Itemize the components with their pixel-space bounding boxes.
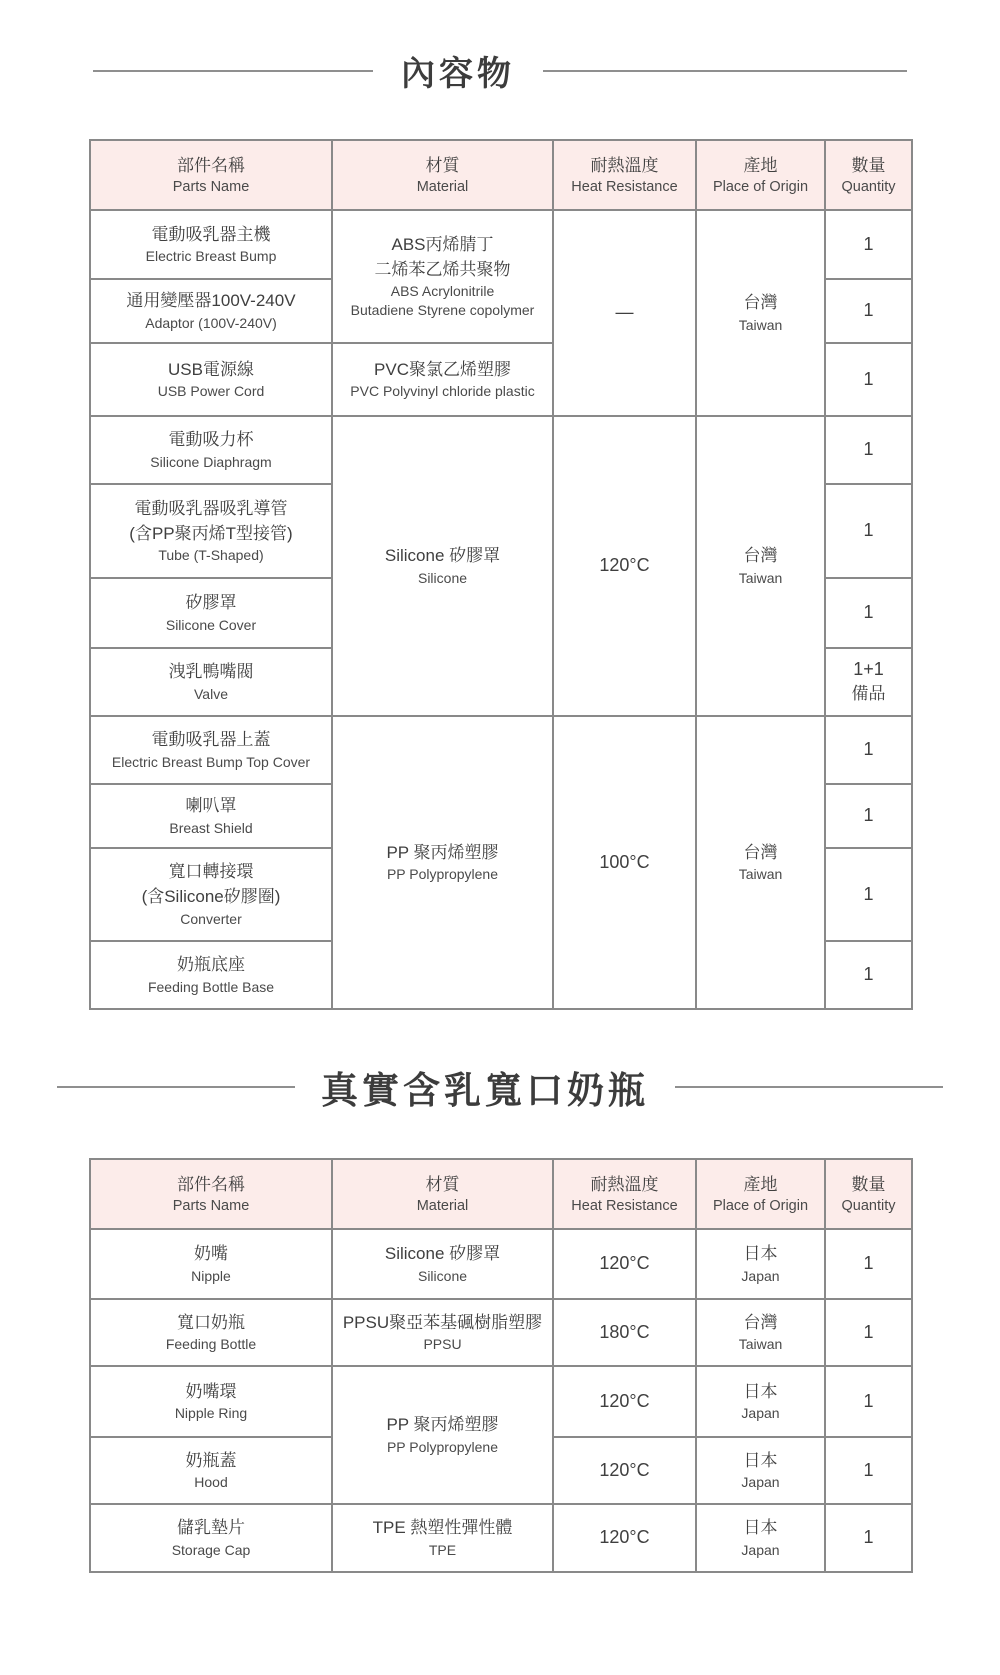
qty-value: 1 (829, 1389, 908, 1414)
cell-quantity: 1 (825, 1229, 912, 1299)
spec-sheet-page: 內容物 部件名稱 Parts Name 材質 Material 耐熱溫度 Hea… (0, 0, 1000, 1675)
col-header-heat-zh: 耐熱溫度 (557, 153, 692, 179)
section2-title: 真實含乳寬口奶瓶 (321, 1060, 649, 1114)
part-zh: 寬口奶瓶 (94, 1311, 328, 1336)
cell-heat: 180°C (553, 1299, 696, 1366)
part-zh: 電動吸乳器吸乳導管 (94, 497, 328, 522)
qty-value: 1+1 (829, 657, 908, 682)
col-header-origin: 產地 Place of Origin (696, 1159, 825, 1229)
cell-origin: 日本 Japan (696, 1504, 825, 1572)
cell-part-name: 奶嘴 Nipple (90, 1229, 332, 1299)
origin-en: Taiwan (700, 569, 821, 588)
origin-en: Japan (700, 1404, 821, 1423)
qty-value: 1 (829, 803, 908, 828)
cell-material-ppsu: PPSU聚亞苯基碸樹脂塑膠 PPSU (332, 1299, 553, 1366)
material-line: Silicone 矽膠罩 (336, 1242, 549, 1267)
col-header-qty-en: Quantity (829, 1197, 908, 1216)
material-line: PVC Polyvinyl chloride plastic (336, 382, 549, 401)
material-line: PP 聚丙烯塑膠 (336, 841, 549, 866)
cell-quantity: 1 (825, 1366, 912, 1437)
col-header-heat-en: Heat Resistance (557, 178, 692, 197)
bottle-table: 部件名稱 Parts Name 材質 Material 耐熱溫度 Heat Re… (89, 1158, 913, 1573)
cell-part-name: 通用變壓器100V-240V Adaptor (100V-240V) (90, 279, 332, 343)
qty-value: 1 (829, 1525, 908, 1550)
origin-zh: 台灣 (700, 841, 821, 866)
cell-part-name: 寬口轉接環 (含Silicone矽膠圈) Converter (90, 848, 332, 941)
material-line: 二烯苯乙烯共聚物 (336, 258, 549, 283)
cell-part-name: 電動吸乳器上蓋 Electric Breast Bump Top Cover (90, 716, 332, 784)
cell-part-name: 喇叭罩 Breast Shield (90, 784, 332, 848)
cell-part-name: 電動吸乳器吸乳導管 (含PP聚丙烯T型接管) Tube (T-Shaped) (90, 484, 332, 578)
part-zh: 奶嘴 (94, 1242, 328, 1267)
part-zh: 洩乳鴨嘴閥 (94, 660, 328, 685)
col-header-origin-zh: 產地 (700, 1172, 821, 1198)
col-header-heat: 耐熱溫度 Heat Resistance (553, 1159, 696, 1229)
cell-quantity: 1 (825, 279, 912, 343)
cell-heat: 120°C (553, 1437, 696, 1504)
material-line: Silicone (336, 1267, 549, 1286)
col-header-parts-en: Parts Name (94, 1197, 328, 1216)
title-rule-right (675, 1086, 943, 1088)
col-header-material-zh: 材質 (336, 1172, 549, 1198)
cell-material-tpe: TPE 熱塑性彈性體 TPE (332, 1504, 553, 1572)
cell-part-name: 電動吸乳器主機 Electric Breast Bump (90, 210, 332, 279)
part-en: Silicone Diaphragm (94, 453, 328, 472)
part-zh2: (含Silicone矽膠圈) (94, 885, 328, 910)
cell-heat: 120°C (553, 1366, 696, 1437)
cell-quantity: 1 (825, 210, 912, 279)
part-en: Converter (94, 910, 328, 929)
cell-heat: 120°C (553, 416, 696, 716)
part-en: Feeding Bottle Base (94, 978, 328, 997)
col-header-origin-zh: 產地 (700, 153, 821, 179)
cell-part-name: 儲乳墊片 Storage Cap (90, 1504, 332, 1572)
col-header-material: 材質 Material (332, 1159, 553, 1229)
material-line: PP 聚丙烯塑膠 (336, 1413, 549, 1438)
cell-quantity: 1 (825, 1437, 912, 1504)
part-en: Nipple (94, 1267, 328, 1286)
col-header-heat: 耐熱溫度 Heat Resistance (553, 140, 696, 210)
origin-zh: 台灣 (700, 1311, 821, 1336)
cell-origin: 日本 Japan (696, 1229, 825, 1299)
part-en: Valve (94, 685, 328, 704)
origin-en: Taiwan (700, 865, 821, 884)
cell-part-name: 洩乳鴨嘴閥 Valve (90, 648, 332, 716)
part-en: Storage Cap (94, 1541, 328, 1560)
qty-value: 1 (829, 298, 908, 323)
section2-header: 真實含乳寬口奶瓶 (0, 1060, 1000, 1114)
origin-zh: 台灣 (700, 291, 821, 316)
col-header-qty: 數量 Quantity (825, 140, 912, 210)
part-en: Adaptor (100V-240V) (94, 314, 328, 333)
part-zh: 寬口轉接環 (94, 860, 328, 885)
part-zh: 矽膠罩 (94, 591, 328, 616)
heat-value: 100°C (557, 850, 692, 875)
qty-value: 1 (829, 882, 908, 907)
origin-en: Taiwan (700, 1335, 821, 1354)
col-header-origin-en: Place of Origin (700, 1197, 821, 1216)
cell-quantity: 1 (825, 1504, 912, 1572)
part-en: Hood (94, 1473, 328, 1492)
origin-zh: 日本 (700, 1380, 821, 1405)
col-header-parts-en: Parts Name (94, 178, 328, 197)
col-header-heat-zh: 耐熱溫度 (557, 1172, 692, 1198)
table-row: 寬口奶瓶 Feeding Bottle PPSU聚亞苯基碸樹脂塑膠 PPSU 1… (90, 1299, 912, 1366)
material-line: PVC聚氯乙烯塑膠 (336, 358, 549, 383)
cell-origin: 日本 Japan (696, 1366, 825, 1437)
cell-quantity: 1 (825, 343, 912, 416)
origin-en: Taiwan (700, 316, 821, 335)
table-row: 電動吸乳器主機 Electric Breast Bump ABS丙烯腈丁 二烯苯… (90, 210, 912, 279)
cell-origin: 日本 Japan (696, 1437, 825, 1504)
col-header-material-en: Material (336, 178, 549, 197)
col-header-qty-zh: 數量 (829, 153, 908, 179)
part-zh: 通用變壓器100V-240V (94, 289, 328, 314)
qty-value: 1 (829, 1251, 908, 1276)
table-row: 奶嘴 Nipple Silicone 矽膠罩 Silicone 120°C 日本… (90, 1229, 912, 1299)
part-zh: 奶瓶底座 (94, 953, 328, 978)
heat-value: 120°C (557, 1458, 692, 1483)
col-header-material: 材質 Material (332, 140, 553, 210)
material-line: Silicone 矽膠罩 (336, 544, 549, 569)
cell-heat: 120°C (553, 1504, 696, 1572)
section1-title: 內容物 (401, 46, 515, 95)
table-row: 電動吸力杯 Silicone Diaphragm Silicone 矽膠罩 Si… (90, 416, 912, 484)
origin-en: Japan (700, 1541, 821, 1560)
part-zh: 奶瓶蓋 (94, 1449, 328, 1474)
cell-heat: — (553, 210, 696, 416)
cell-origin: 台灣 Taiwan (696, 416, 825, 716)
qty-value: 1 (829, 737, 908, 762)
qty-value: 1 (829, 367, 908, 392)
col-header-material-en: Material (336, 1197, 549, 1216)
cell-quantity: 1 (825, 716, 912, 784)
cell-material-pp: PP 聚丙烯塑膠 PP Polypropylene (332, 1366, 553, 1504)
part-en: USB Power Cord (94, 382, 328, 401)
heat-value: — (557, 300, 692, 325)
cell-material-abs: ABS丙烯腈丁 二烯苯乙烯共聚物 ABS Acrylonitrile Butad… (332, 210, 553, 343)
heat-value: 120°C (557, 1525, 692, 1550)
material-line: PP Polypropylene (336, 865, 549, 884)
cell-quantity: 1+1 備品 (825, 648, 912, 716)
cell-origin: 台灣 Taiwan (696, 716, 825, 1009)
material-line: ABS丙烯腈丁 (336, 233, 549, 258)
col-header-parts-zh: 部件名稱 (94, 1172, 328, 1198)
origin-zh: 日本 (700, 1516, 821, 1541)
part-zh: 喇叭罩 (94, 794, 328, 819)
cell-material-silicone: Silicone 矽膠罩 Silicone (332, 416, 553, 716)
part-zh2: (含PP聚丙烯T型接管) (94, 522, 328, 547)
material-line: PP Polypropylene (336, 1438, 549, 1457)
qty-value: 1 (829, 1458, 908, 1483)
col-header-heat-en: Heat Resistance (557, 1197, 692, 1216)
title-rule-right (543, 70, 907, 72)
part-en: Tube (T-Shaped) (94, 546, 328, 565)
part-zh: USB電源線 (94, 358, 328, 383)
part-zh: 儲乳墊片 (94, 1516, 328, 1541)
origin-zh: 日本 (700, 1449, 821, 1474)
col-header-origin-en: Place of Origin (700, 178, 821, 197)
material-line: TPE 熱塑性彈性體 (336, 1516, 549, 1541)
col-header-qty-zh: 數量 (829, 1172, 908, 1198)
cell-part-name: USB電源線 USB Power Cord (90, 343, 332, 416)
material-line: TPE (336, 1541, 549, 1560)
heat-value: 120°C (557, 1251, 692, 1276)
cell-material-pp: PP 聚丙烯塑膠 PP Polypropylene (332, 716, 553, 1009)
cell-part-name: 奶瓶底座 Feeding Bottle Base (90, 941, 332, 1009)
material-line: PPSU (336, 1335, 549, 1354)
cell-part-name: 奶瓶蓋 Hood (90, 1437, 332, 1504)
qty-note: 備品 (829, 682, 908, 707)
cell-quantity: 1 (825, 1299, 912, 1366)
table-row: 奶嘴環 Nipple Ring PP 聚丙烯塑膠 PP Polypropylen… (90, 1366, 912, 1437)
cell-part-name: 矽膠罩 Silicone Cover (90, 578, 332, 648)
cell-part-name: 寬口奶瓶 Feeding Bottle (90, 1299, 332, 1366)
cell-heat: 100°C (553, 716, 696, 1009)
cell-origin: 台灣 Taiwan (696, 1299, 825, 1366)
cell-quantity: 1 (825, 848, 912, 941)
origin-zh: 台灣 (700, 544, 821, 569)
section1-header: 內容物 (0, 0, 1000, 95)
material-line: PPSU聚亞苯基碸樹脂塑膠 (336, 1311, 549, 1336)
qty-value: 1 (829, 518, 908, 543)
col-header-origin: 產地 Place of Origin (696, 140, 825, 210)
material-line: Butadiene Styrene copolymer (336, 301, 549, 320)
heat-value: 120°C (557, 1389, 692, 1414)
part-zh: 電動吸力杯 (94, 428, 328, 453)
qty-value: 1 (829, 600, 908, 625)
col-header-qty-en: Quantity (829, 178, 908, 197)
cell-quantity: 1 (825, 484, 912, 578)
part-en: Nipple Ring (94, 1404, 328, 1423)
origin-en: Japan (700, 1267, 821, 1286)
part-en: Breast Shield (94, 819, 328, 838)
origin-zh: 日本 (700, 1242, 821, 1267)
part-en: Electric Breast Bump (94, 247, 328, 266)
heat-value: 120°C (557, 553, 692, 578)
cell-material-pvc: PVC聚氯乙烯塑膠 PVC Polyvinyl chloride plastic (332, 343, 553, 416)
qty-value: 1 (829, 437, 908, 462)
part-en: Feeding Bottle (94, 1335, 328, 1354)
heat-value: 180°C (557, 1320, 692, 1345)
cell-quantity: 1 (825, 941, 912, 1009)
cell-material-silicone: Silicone 矽膠罩 Silicone (332, 1229, 553, 1299)
col-header-material-zh: 材質 (336, 153, 549, 179)
table-row: 電動吸乳器上蓋 Electric Breast Bump Top Cover P… (90, 716, 912, 784)
cell-part-name: 電動吸力杯 Silicone Diaphragm (90, 416, 332, 484)
col-header-parts: 部件名稱 Parts Name (90, 1159, 332, 1229)
col-header-qty: 數量 Quantity (825, 1159, 912, 1229)
material-line: ABS Acrylonitrile (336, 282, 549, 301)
cell-heat: 120°C (553, 1229, 696, 1299)
cell-origin: 台灣 Taiwan (696, 210, 825, 416)
part-en: Electric Breast Bump Top Cover (94, 753, 328, 772)
title-rule-left (57, 1086, 295, 1088)
qty-value: 1 (829, 962, 908, 987)
qty-value: 1 (829, 1320, 908, 1345)
part-zh: 電動吸乳器上蓋 (94, 728, 328, 753)
title-rule-left (93, 70, 373, 72)
cell-quantity: 1 (825, 578, 912, 648)
contents-table: 部件名稱 Parts Name 材質 Material 耐熱溫度 Heat Re… (89, 139, 913, 1010)
cell-quantity: 1 (825, 416, 912, 484)
cell-part-name: 奶嘴環 Nipple Ring (90, 1366, 332, 1437)
col-header-parts: 部件名稱 Parts Name (90, 140, 332, 210)
part-en: Silicone Cover (94, 616, 328, 635)
material-line: Silicone (336, 569, 549, 588)
cell-quantity: 1 (825, 784, 912, 848)
table-row: 儲乳墊片 Storage Cap TPE 熱塑性彈性體 TPE 120°C 日本… (90, 1504, 912, 1572)
part-zh: 奶嘴環 (94, 1380, 328, 1405)
col-header-parts-zh: 部件名稱 (94, 153, 328, 179)
qty-value: 1 (829, 232, 908, 257)
origin-en: Japan (700, 1473, 821, 1492)
part-zh: 電動吸乳器主機 (94, 223, 328, 248)
